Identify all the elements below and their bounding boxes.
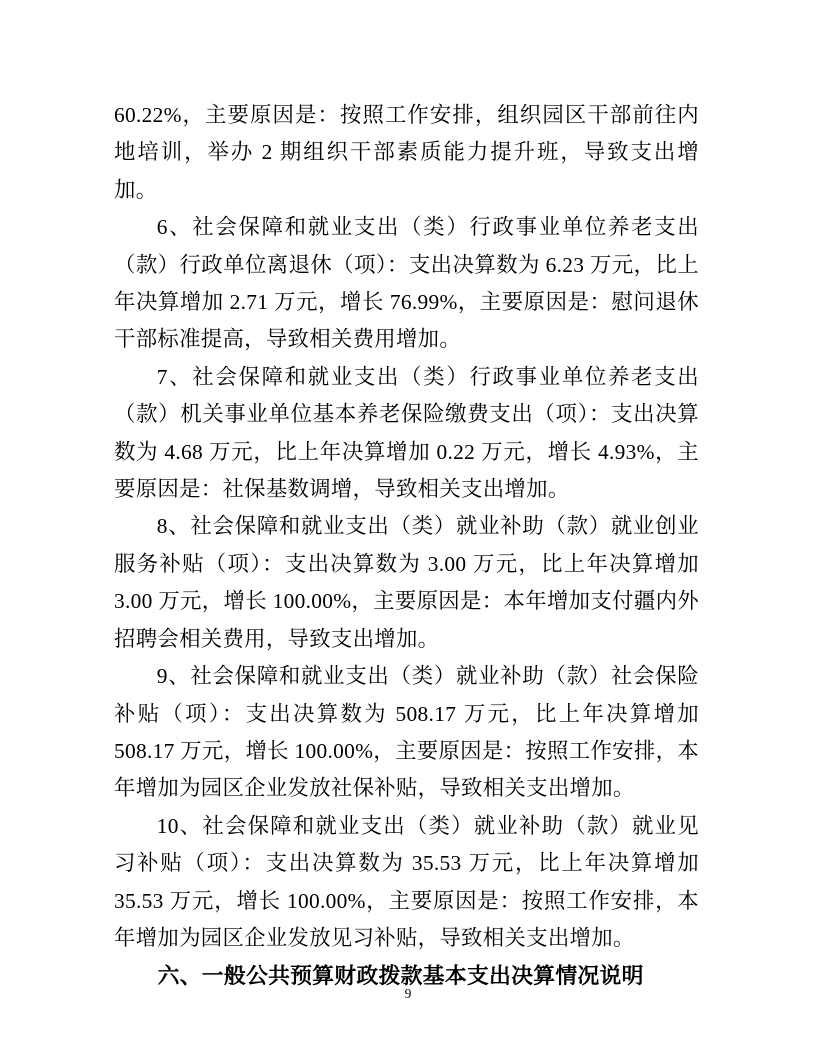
paragraph-continuation: 60.22%，主要原因是：按照工作安排，组织园区干部前往内地培训，举办 2 期组… [114, 97, 699, 209]
paragraph-item-8: 8、社会保障和就业支出（类）就业补助（款）就业创业服务补贴（项）：支出决算数为 … [114, 508, 699, 658]
page-footer: 9 [0, 986, 816, 1002]
page-number: 9 [405, 986, 412, 1001]
paragraph-item-6: 6、社会保障和就业支出（类）行政事业单位养老支出（款）行政单位离退休（项）：支出… [114, 209, 699, 359]
paragraph-item-7: 7、社会保障和就业支出（类）行政事业单位养老支出（款）机关事业单位基本养老保险缴… [114, 359, 699, 509]
paragraph-item-9: 9、社会保障和就业支出（类）就业补助（款）社会保险补贴（项）：支出决算数为 50… [114, 658, 699, 808]
document-body: 60.22%，主要原因是：按照工作安排，组织园区干部前往内地培训，举办 2 期组… [114, 97, 699, 995]
document-page: 60.22%，主要原因是：按照工作安排，组织园区干部前往内地培训，举办 2 期组… [0, 0, 816, 1056]
paragraph-item-10: 10、社会保障和就业支出（类）就业补助（款）就业见习补贴（项）：支出决算数为 3… [114, 808, 699, 958]
